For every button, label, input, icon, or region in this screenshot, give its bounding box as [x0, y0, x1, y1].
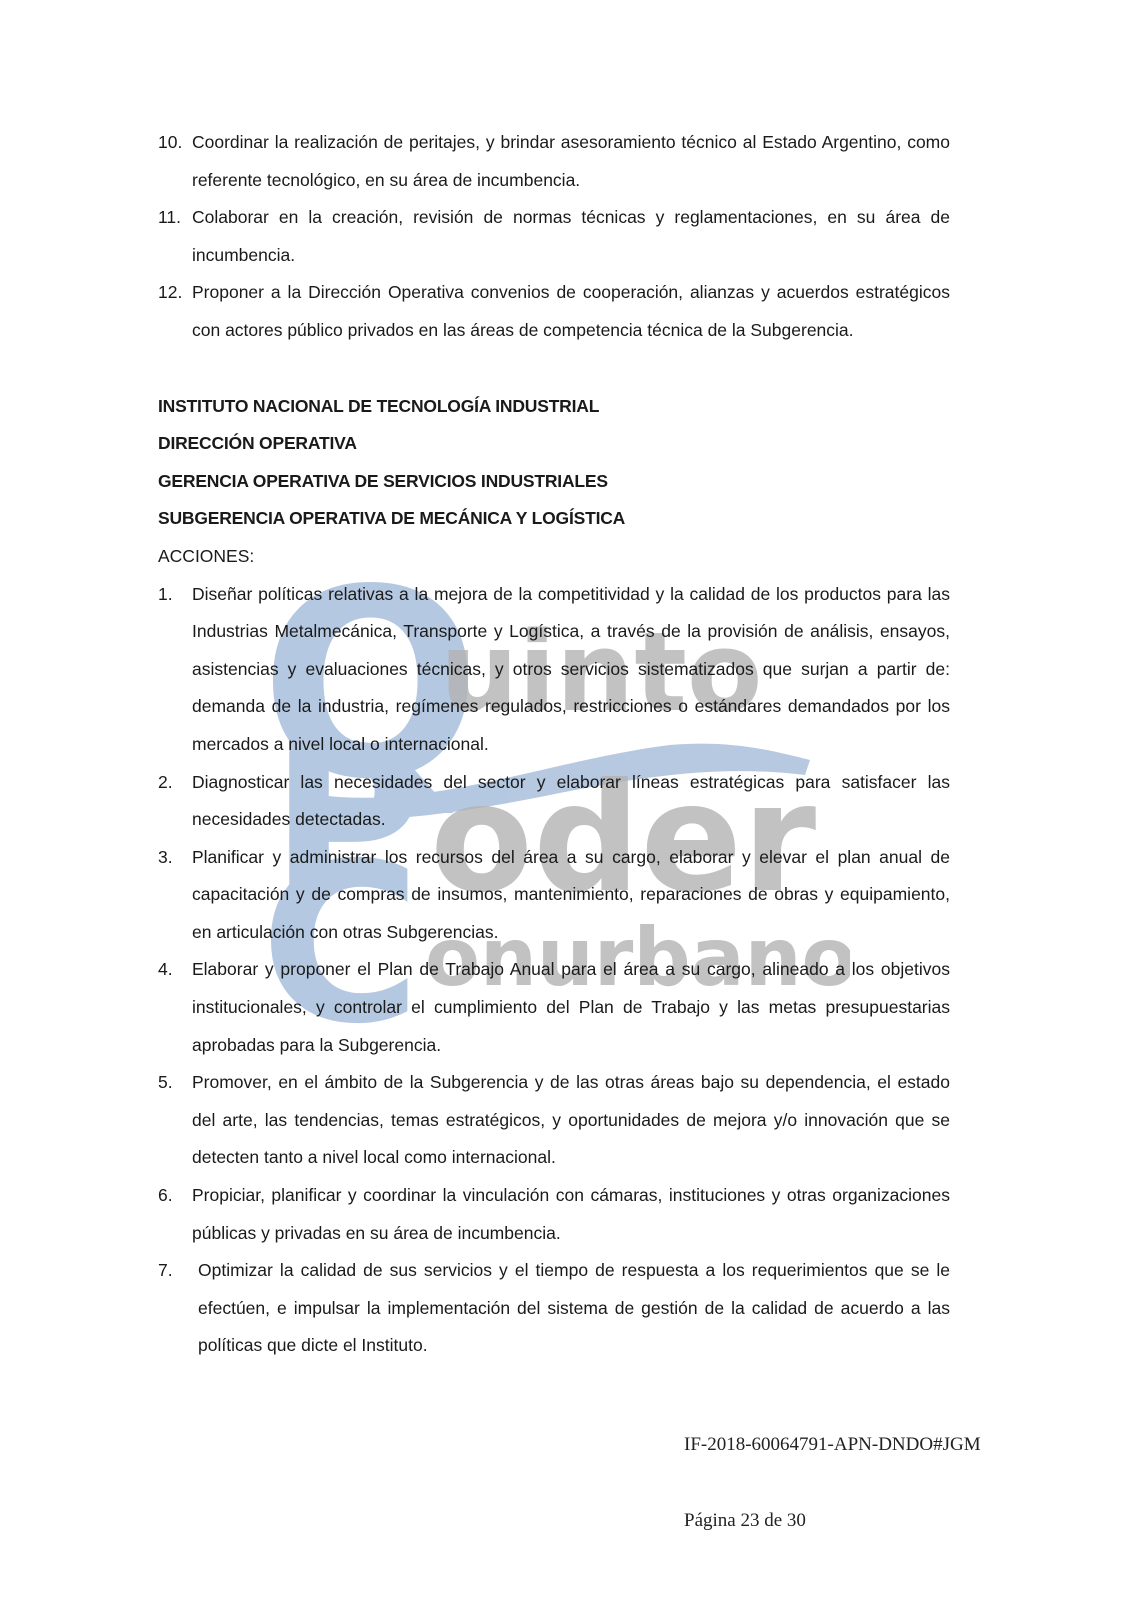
item-number: 11.: [158, 199, 181, 237]
list-item: 1. Diseñar políticas relativas a la mejo…: [158, 576, 950, 764]
item-number: 3.: [158, 839, 173, 877]
item-text: Optimizar la calidad de sus servicios y …: [198, 1260, 950, 1355]
item-text: Diseñar políticas relativas a la mejora …: [192, 584, 950, 754]
item-text: Diagnosticar las necesidades del sector …: [192, 772, 950, 830]
document-body: 10. Coordinar la realización de peritaje…: [158, 124, 950, 1365]
list-item: 6. Propiciar, planificar y coordinar la …: [158, 1177, 950, 1252]
item-number: 7.: [158, 1252, 173, 1290]
list-item: 12. Proponer a la Dirección Operativa co…: [158, 274, 950, 349]
section-header-direction: DIRECCIÓN OPERATIVA: [158, 425, 950, 463]
item-number: 1.: [158, 576, 173, 614]
item-number: 5.: [158, 1064, 173, 1102]
item-text: Colaborar en la creación, revisión de no…: [192, 207, 950, 265]
section-header-gerencia: GERENCIA OPERATIVA DE SERVICIOS INDUSTRI…: [158, 463, 950, 501]
list-item: 2. Diagnosticar las necesidades del sect…: [158, 764, 950, 839]
list-item: 11. Colaborar en la creación, revisión d…: [158, 199, 950, 274]
list-item: 7. Optimizar la calidad de sus servicios…: [158, 1252, 950, 1365]
list-item: 3. Planificar y administrar los recursos…: [158, 839, 950, 952]
section-header-subgerencia: SUBGERENCIA OPERATIVA DE MECÁNICA Y LOGÍ…: [158, 500, 950, 538]
item-text: Coordinar la realización de peritajes, y…: [192, 132, 950, 190]
list-item: 5. Promover, en el ámbito de la Subgeren…: [158, 1064, 950, 1177]
item-number: 6.: [158, 1177, 173, 1215]
document-page: Q P C uinto oder onurbano 10. Coordinar …: [0, 0, 1131, 1600]
section-header-institute: INSTITUTO NACIONAL DE TECNOLOGÍA INDUSTR…: [158, 388, 950, 426]
item-number: 2.: [158, 764, 173, 802]
document-id: IF-2018-60064791-APN-DNDO#JGM: [684, 1434, 981, 1456]
item-text: Promover, en el ámbito de la Subgerencia…: [192, 1072, 950, 1167]
item-text: Planificar y administrar los recursos de…: [192, 847, 950, 942]
item-number: 10.: [158, 124, 182, 162]
list-item: 4. Elaborar y proponer el Plan de Trabaj…: [158, 951, 950, 1064]
item-number: 12.: [158, 274, 182, 312]
item-text: Proponer a la Dirección Operativa conven…: [192, 282, 950, 340]
list-item: 10. Coordinar la realización de peritaje…: [158, 124, 950, 199]
item-text: Elaborar y proponer el Plan de Trabajo A…: [192, 959, 950, 1054]
acciones-label: ACCIONES:: [158, 538, 950, 576]
page-number: Página 23 de 30: [684, 1510, 806, 1532]
spacer: [158, 350, 950, 388]
item-text: Propiciar, planificar y coordinar la vin…: [192, 1185, 950, 1243]
item-number: 4.: [158, 951, 173, 989]
